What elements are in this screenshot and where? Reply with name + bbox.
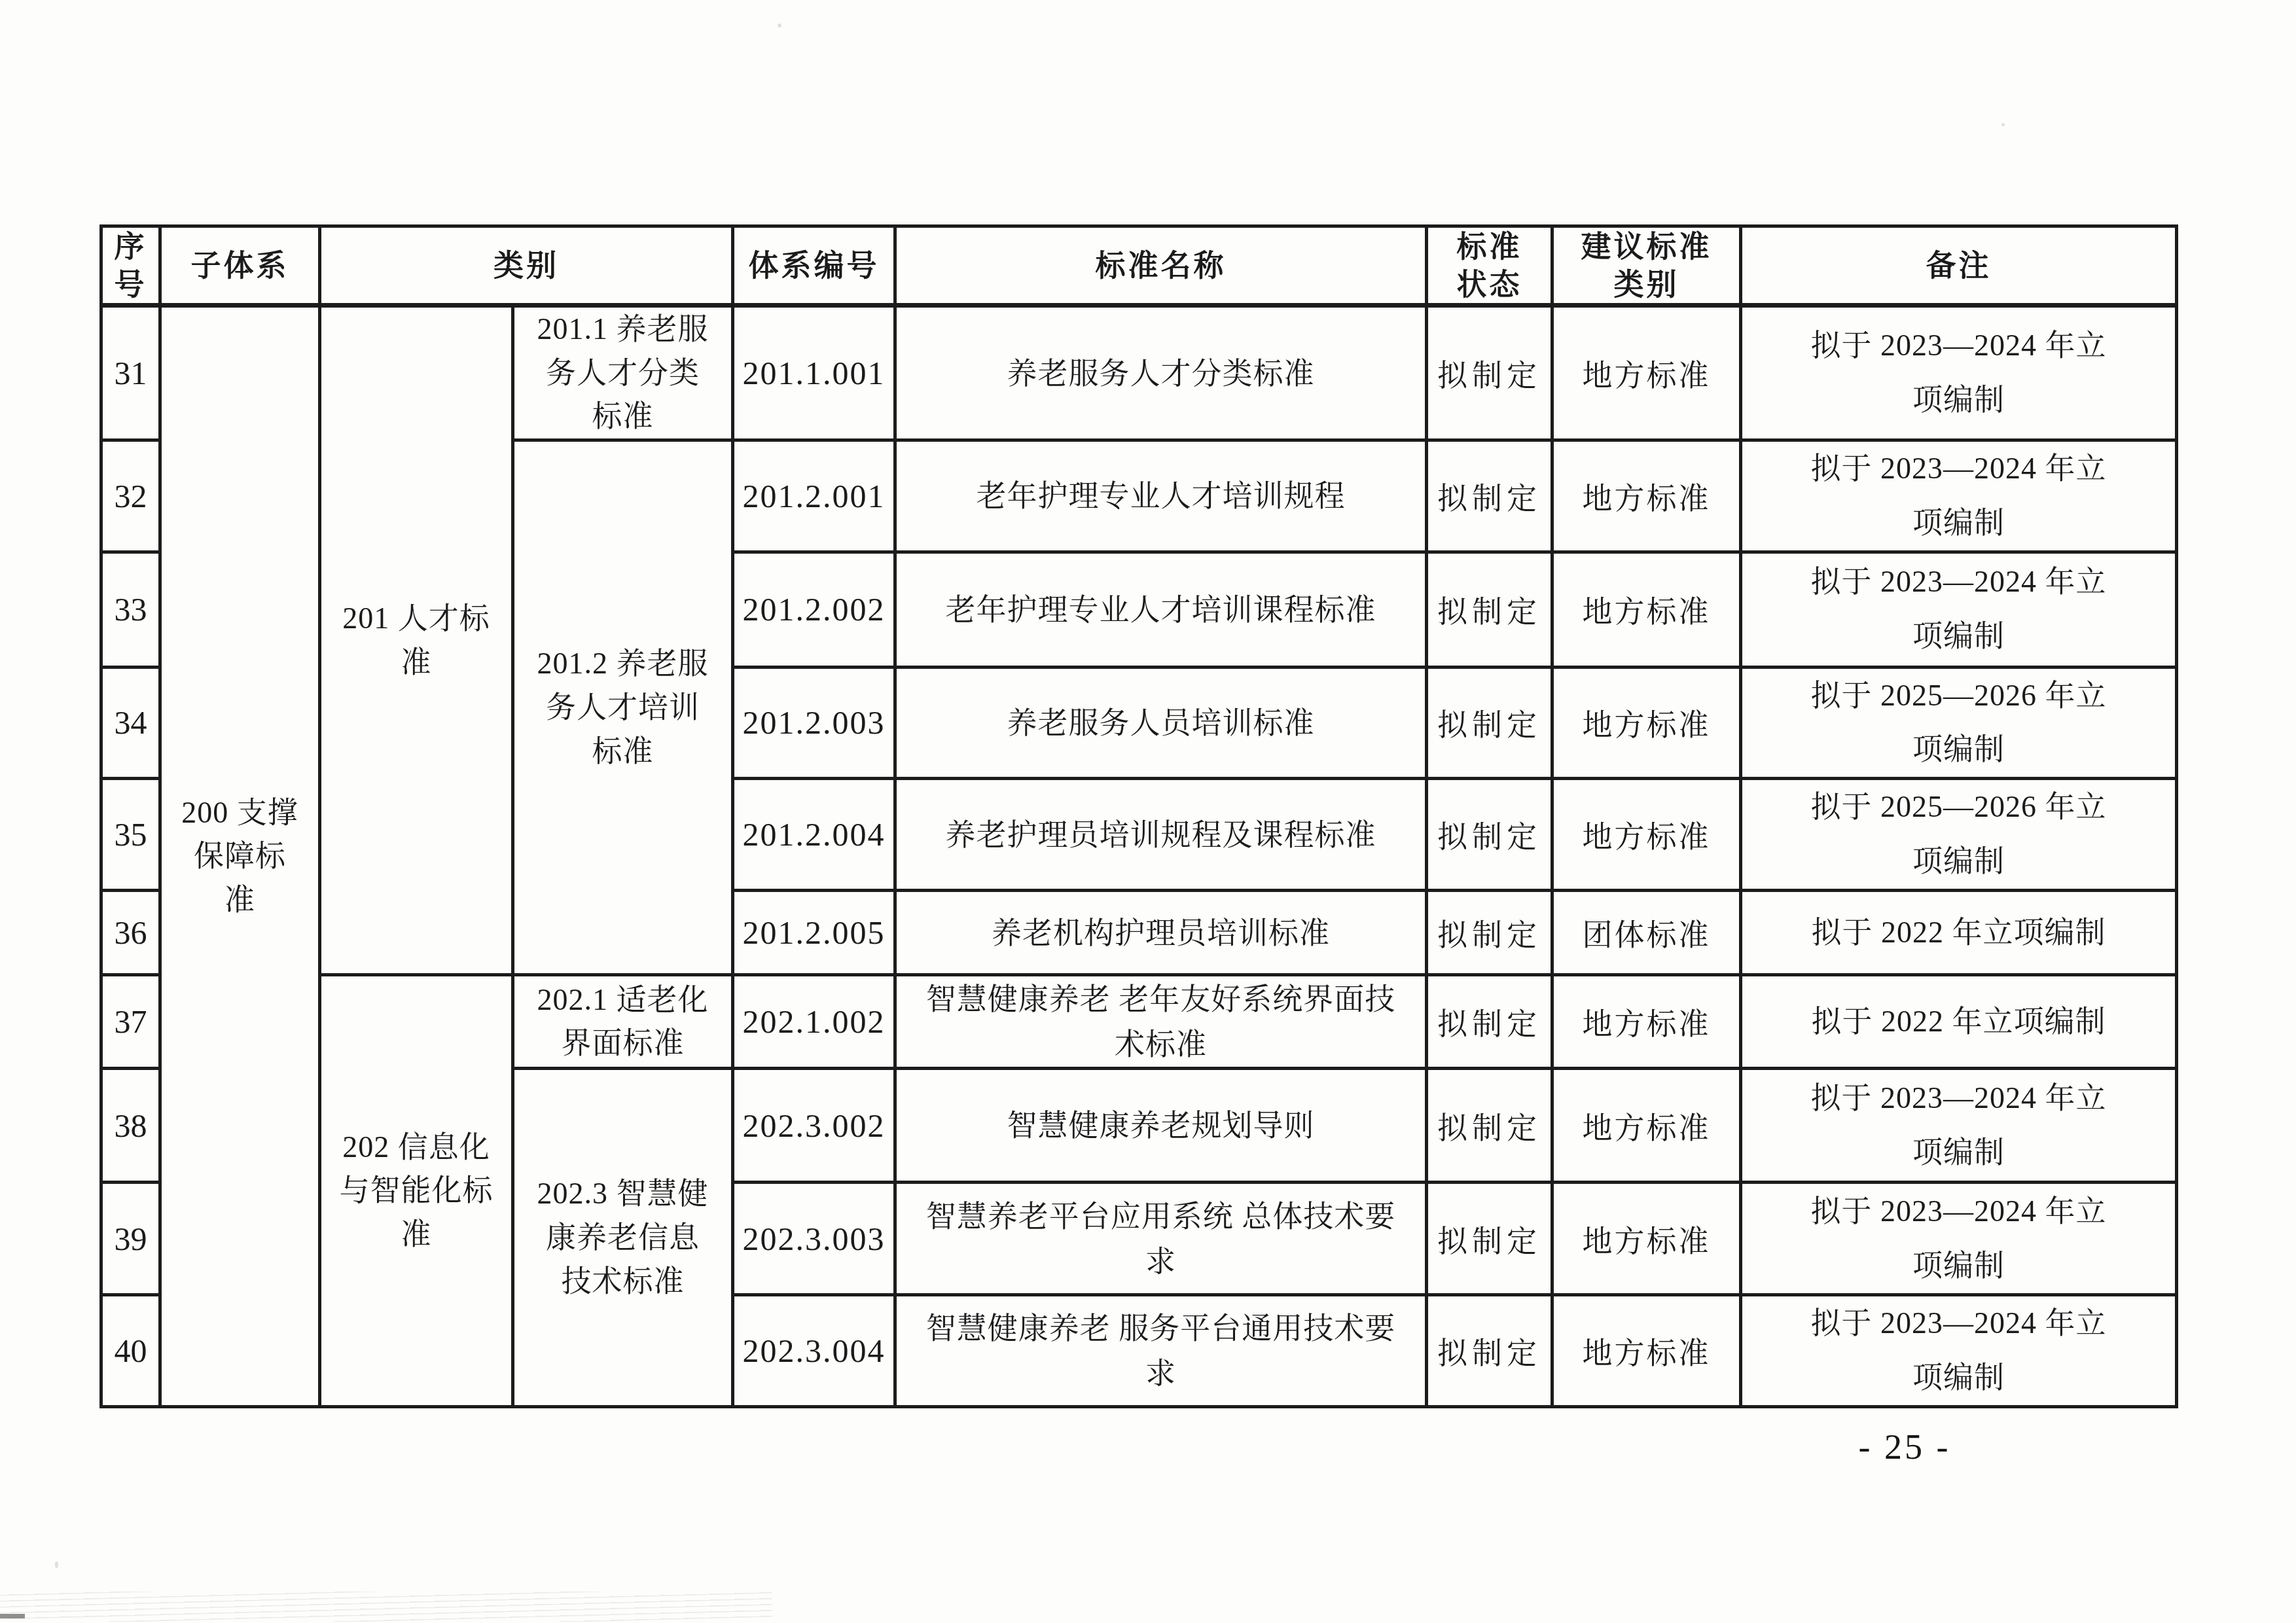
table-row: 31 200 支撑 保障标 准 201 人才标 准 201.1 养老服 务人才分… (101, 306, 2177, 440)
cell-code: 201.1.001 (733, 306, 895, 440)
cell-remark: 拟于 2023—2024 年立 项编制 (1741, 1295, 2177, 1407)
cell-no: 35 (101, 779, 160, 891)
cell-code: 201.2.003 (733, 667, 895, 779)
header-status: 标准 状态 (1427, 226, 1552, 306)
cell-remark: 拟于 2022 年立项编制 (1741, 975, 2177, 1069)
scan-artifact (778, 24, 781, 27)
cell-remark: 拟于 2025—2026 年立 项编制 (1741, 779, 2177, 891)
cell-code: 202.3.004 (733, 1295, 895, 1407)
cell-standard-name: 老年护理专业人才培训规程 (895, 440, 1427, 552)
cell-remark: 拟于 2022 年立项编制 (1741, 891, 2177, 975)
scan-artifact (55, 1561, 58, 1568)
cell-remark: 拟于 2023—2024 年立 项编制 (1741, 440, 2177, 552)
cell-remark: 拟于 2023—2024 年立 项编制 (1741, 1183, 2177, 1295)
cell-code: 201.2.001 (733, 440, 895, 552)
cell-status: 拟制定 (1427, 667, 1552, 779)
cell-remark: 拟于 2023—2024 年立 项编制 (1741, 306, 2177, 440)
table-row: 37 202 信息化 与智能化标 准 202.1 适老化 界面标准 202.1.… (101, 975, 2177, 1069)
cell-no: 38 (101, 1069, 160, 1183)
cell-category-l1: 202 信息化 与智能化标 准 (320, 975, 513, 1407)
cell-status: 拟制定 (1427, 1183, 1552, 1295)
cell-standard-name: 养老服务人员培训标准 (895, 667, 1427, 779)
cell-suggested-category: 团体标准 (1552, 891, 1741, 975)
cell-code: 202.1.002 (733, 975, 895, 1069)
header-row: 序 号 子体系 类别 体系编号 标准名称 标准 状态 建议标准 类别 备注 (101, 226, 2177, 306)
page-number: - 25 - (1813, 1427, 1996, 1467)
cell-standard-name: 智慧健康养老 老年友好系统界面技 术标准 (895, 975, 1427, 1069)
cell-suggested-category: 地方标准 (1552, 306, 1741, 440)
cell-category-l1: 201 人才标 准 (320, 306, 513, 975)
scanned-document-page: 序 号 子体系 类别 体系编号 标准名称 标准 状态 建议标准 类别 备注 31… (0, 0, 2296, 1623)
cell-no: 40 (101, 1295, 160, 1407)
cell-suggested-category: 地方标准 (1552, 779, 1741, 891)
scan-artifact (0, 1592, 772, 1622)
standards-plan-table: 序 号 子体系 类别 体系编号 标准名称 标准 状态 建议标准 类别 备注 31… (99, 224, 2178, 1408)
scan-artifact (2001, 123, 2005, 126)
cell-no: 33 (101, 552, 160, 667)
cell-suggested-category: 地方标准 (1552, 1183, 1741, 1295)
cell-code: 202.3.002 (733, 1069, 895, 1183)
cell-status: 拟制定 (1427, 975, 1552, 1069)
cell-standard-name: 养老服务人才分类标准 (895, 306, 1427, 440)
cell-suggested-category: 地方标准 (1552, 667, 1741, 779)
cell-standard-name: 养老护理员培训规程及课程标准 (895, 779, 1427, 891)
cell-no: 39 (101, 1183, 160, 1295)
header-no: 序 号 (101, 226, 160, 306)
header-remark: 备注 (1741, 226, 2177, 306)
cell-no: 37 (101, 975, 160, 1069)
header-subsystem: 子体系 (160, 226, 320, 306)
cell-no: 36 (101, 891, 160, 975)
cell-status: 拟制定 (1427, 891, 1552, 975)
header-suggested-category: 建议标准 类别 (1552, 226, 1741, 306)
cell-code: 202.3.003 (733, 1183, 895, 1295)
cell-standard-name: 老年护理专业人才培训课程标准 (895, 552, 1427, 667)
cell-category-l2: 201.2 养老服 务人才培训 标准 (513, 440, 733, 975)
header-category: 类别 (320, 226, 733, 306)
cell-remark: 拟于 2023—2024 年立 项编制 (1741, 552, 2177, 667)
cell-status: 拟制定 (1427, 779, 1552, 891)
scan-artifact (0, 1614, 25, 1618)
cell-category-l2: 202.3 智慧健 康养老信息 技术标准 (513, 1069, 733, 1407)
cell-standard-name: 智慧健康养老 服务平台通用技术要 求 (895, 1295, 1427, 1407)
cell-status: 拟制定 (1427, 440, 1552, 552)
header-code: 体系编号 (733, 226, 895, 306)
cell-remark: 拟于 2023—2024 年立 项编制 (1741, 1069, 2177, 1183)
cell-status: 拟制定 (1427, 1069, 1552, 1183)
cell-status: 拟制定 (1427, 306, 1552, 440)
cell-category-l2: 201.1 养老服 务人才分类 标准 (513, 306, 733, 440)
cell-category-l2: 202.1 适老化 界面标准 (513, 975, 733, 1069)
cell-no: 34 (101, 667, 160, 779)
cell-no: 32 (101, 440, 160, 552)
cell-code: 201.2.002 (733, 552, 895, 667)
cell-suggested-category: 地方标准 (1552, 440, 1741, 552)
cell-no: 31 (101, 306, 160, 440)
cell-standard-name: 智慧健康养老规划导则 (895, 1069, 1427, 1183)
cell-status: 拟制定 (1427, 1295, 1552, 1407)
cell-status: 拟制定 (1427, 552, 1552, 667)
cell-suggested-category: 地方标准 (1552, 552, 1741, 667)
cell-standard-name: 养老机构护理员培训标准 (895, 891, 1427, 975)
cell-standard-name: 智慧养老平台应用系统 总体技术要 求 (895, 1183, 1427, 1295)
cell-suggested-category: 地方标准 (1552, 975, 1741, 1069)
cell-subsystem: 200 支撑 保障标 准 (160, 306, 320, 1407)
header-name: 标准名称 (895, 226, 1427, 306)
cell-suggested-category: 地方标准 (1552, 1069, 1741, 1183)
cell-suggested-category: 地方标准 (1552, 1295, 1741, 1407)
cell-code: 201.2.004 (733, 779, 895, 891)
cell-remark: 拟于 2025—2026 年立 项编制 (1741, 667, 2177, 779)
cell-code: 201.2.005 (733, 891, 895, 975)
